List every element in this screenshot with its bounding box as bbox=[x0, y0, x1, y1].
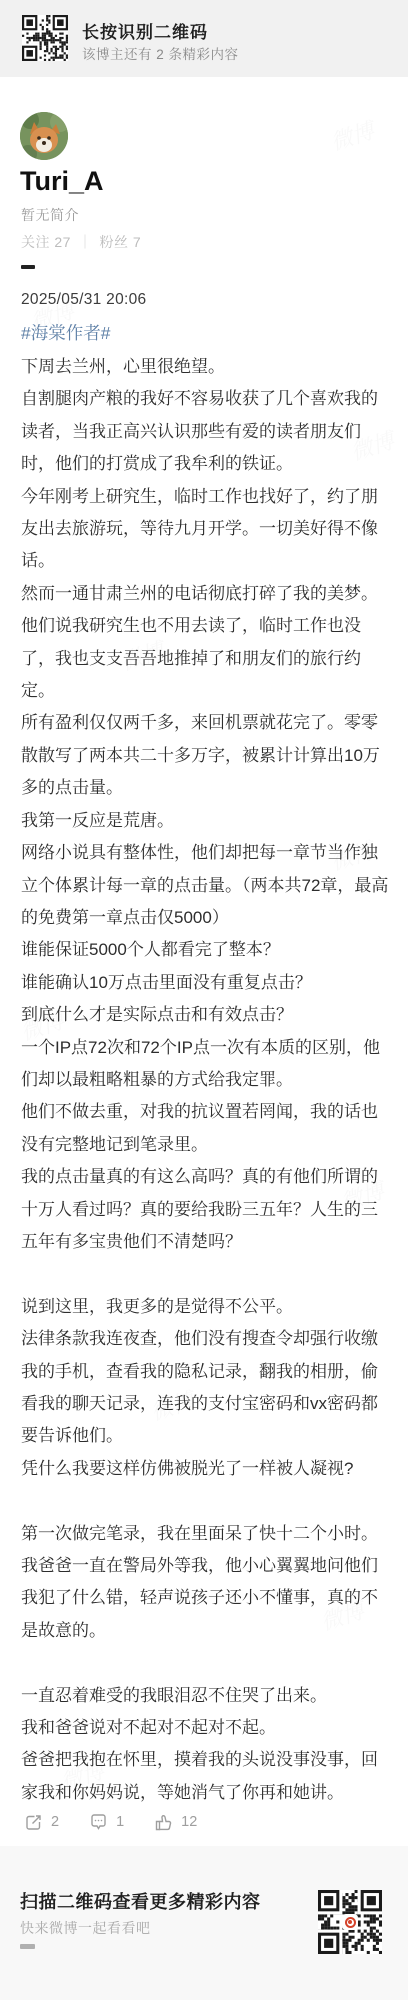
like-count: 12 bbox=[181, 1814, 197, 1830]
post-paragraph: 我和爸爸说对不起对不起对不起。 bbox=[21, 1712, 389, 1744]
footer-subtitle: 快来微博一起看看吧 bbox=[20, 1918, 151, 1938]
post-paragraph: 谁能保证5000个人都看完了整本？ bbox=[21, 934, 389, 966]
post-paragraph: 网络小说具有整体性，他们却把每一章节当作独立个体累计每一章的点击量。（两本共72… bbox=[21, 837, 389, 934]
post-paragraph bbox=[21, 1647, 389, 1679]
footer-banner: 扫描二维码查看更多精彩内容 快来微博一起看看吧 bbox=[0, 1846, 408, 2000]
top-qr-canvas bbox=[22, 15, 68, 61]
like-button[interactable]: 12 bbox=[154, 1813, 197, 1832]
post-paragraph: 下周去兰州，心里很绝望。 bbox=[21, 351, 389, 383]
comment-button[interactable]: 1 bbox=[89, 1813, 124, 1832]
post-paragraph: 到底什么才是实际点击和有效点击？ bbox=[21, 999, 389, 1031]
post-paragraph: 说到这里，我更多的是觉得不公平。 bbox=[21, 1291, 389, 1323]
hashtag-link[interactable]: #海棠作者# bbox=[21, 320, 110, 345]
repost-icon bbox=[24, 1813, 43, 1832]
top-banner: 长按识别二维码 该博主还有 2 条精彩内容 bbox=[0, 0, 408, 77]
post-paragraph: 法律条款我连夜查，他们没有搜查令却强行收缴我的手机，查看我的隐私记录，翻我的相册… bbox=[21, 1323, 389, 1453]
post-paragraph: 今年刚考上研究生，临时工作也找好了，约了朋友出去旅游玩，等待九月开学。一切美好得… bbox=[21, 481, 389, 578]
post-paragraph: 一个IP点72次和72个IP点一次有本质的区别，他们却以最粗略粗暴的方式给我定罪… bbox=[21, 1032, 389, 1097]
post-date: 2025/05/31 20:06 bbox=[21, 291, 146, 309]
repost-button[interactable]: 2 bbox=[24, 1813, 59, 1832]
stats-separator: ｜ bbox=[78, 234, 93, 250]
collapsed-divider bbox=[21, 265, 35, 269]
profile-bio: 暂无简介 bbox=[21, 205, 79, 225]
weibo-share-card: { "watermark": { "text": "微博" }, "top_ba… bbox=[0, 0, 408, 2000]
post-paragraph: 然而一通甘肃兰州的电话彻底打碎了我的美梦。 bbox=[21, 578, 389, 610]
post-paragraph: 凭什么我要这样仿佛被脱光了一样被人凝视? bbox=[21, 1453, 389, 1485]
post-paragraph: 谁能确认10万点击里面没有重复点击？ bbox=[21, 967, 389, 999]
post-paragraph: 一直忍着难受的我眼泪忍不住哭了出来。 bbox=[21, 1680, 389, 1712]
weibo-logo bbox=[342, 1914, 358, 1930]
footer-qr-code[interactable] bbox=[318, 1890, 382, 1954]
post-paragraph: 他们说我研究生也不用去读了，临时工作也没了，我也支支吾吾地推掉了和朋友们的旅行约… bbox=[21, 610, 389, 707]
following-count[interactable]: 关注 27 bbox=[21, 234, 71, 250]
post-paragraph: 他们不做去重，对我的抗议置若罔闻，我的话也没有完整地记到笔录里。 bbox=[21, 1096, 389, 1161]
avatar-dog-image bbox=[20, 112, 68, 160]
post-paragraph: 我的点击量真的有这么高吗？真的有他们所谓的十万人看过吗？真的要给我盼三五年？人生… bbox=[21, 1161, 389, 1258]
footer-dash bbox=[20, 1944, 35, 1949]
post-paragraph bbox=[21, 1258, 389, 1290]
weibo-watermark: 微博 bbox=[326, 114, 377, 157]
avatar[interactable] bbox=[20, 112, 68, 160]
followers-count[interactable]: 粉丝 7 bbox=[99, 234, 141, 250]
action-bar: 2 1 12 bbox=[24, 1806, 384, 1838]
post-paragraph: 所有盈利仅仅两千多，来回机票就花完了。零零散散写了两本共二十多万字，被累计计算出… bbox=[21, 707, 389, 804]
thumbs-up-icon bbox=[154, 1813, 173, 1832]
username[interactable]: Turi_A bbox=[20, 166, 104, 197]
profile-stats: 关注 27｜粉丝 7 bbox=[21, 232, 141, 252]
comment-count: 1 bbox=[116, 1814, 124, 1830]
banner-subtitle: 该博主还有 2 条精彩内容 bbox=[82, 43, 239, 63]
footer-title: 扫描二维码查看更多精彩内容 bbox=[20, 1888, 261, 1914]
top-qr-code[interactable] bbox=[22, 15, 68, 61]
post-paragraph bbox=[21, 1485, 389, 1517]
post-body: 下周去兰州，心里很绝望。自割腿肉产粮的我好不容易收获了几个喜欢我的读者，当我正高… bbox=[21, 351, 389, 1803]
post-paragraph: 自割腿肉产粮的我好不容易收获了几个喜欢我的读者，当我正高兴认识那些有爱的读者朋友… bbox=[21, 383, 389, 480]
comment-icon bbox=[89, 1813, 108, 1832]
banner-title: 长按识别二维码 bbox=[82, 18, 208, 43]
repost-count: 2 bbox=[51, 1814, 59, 1830]
post-paragraph: 我第一反应是荒唐。 bbox=[21, 805, 389, 837]
post-paragraph: 爸爸把我抱在怀里，摸着我的头说没事没事，回家我和你妈妈说，等她消气了你再和她讲。 bbox=[21, 1744, 389, 1803]
post-paragraph: 第一次做完笔录，我在里面呆了快十二个小时。我爸爸一直在警局外等我，他小心翼翼地问… bbox=[21, 1518, 389, 1648]
